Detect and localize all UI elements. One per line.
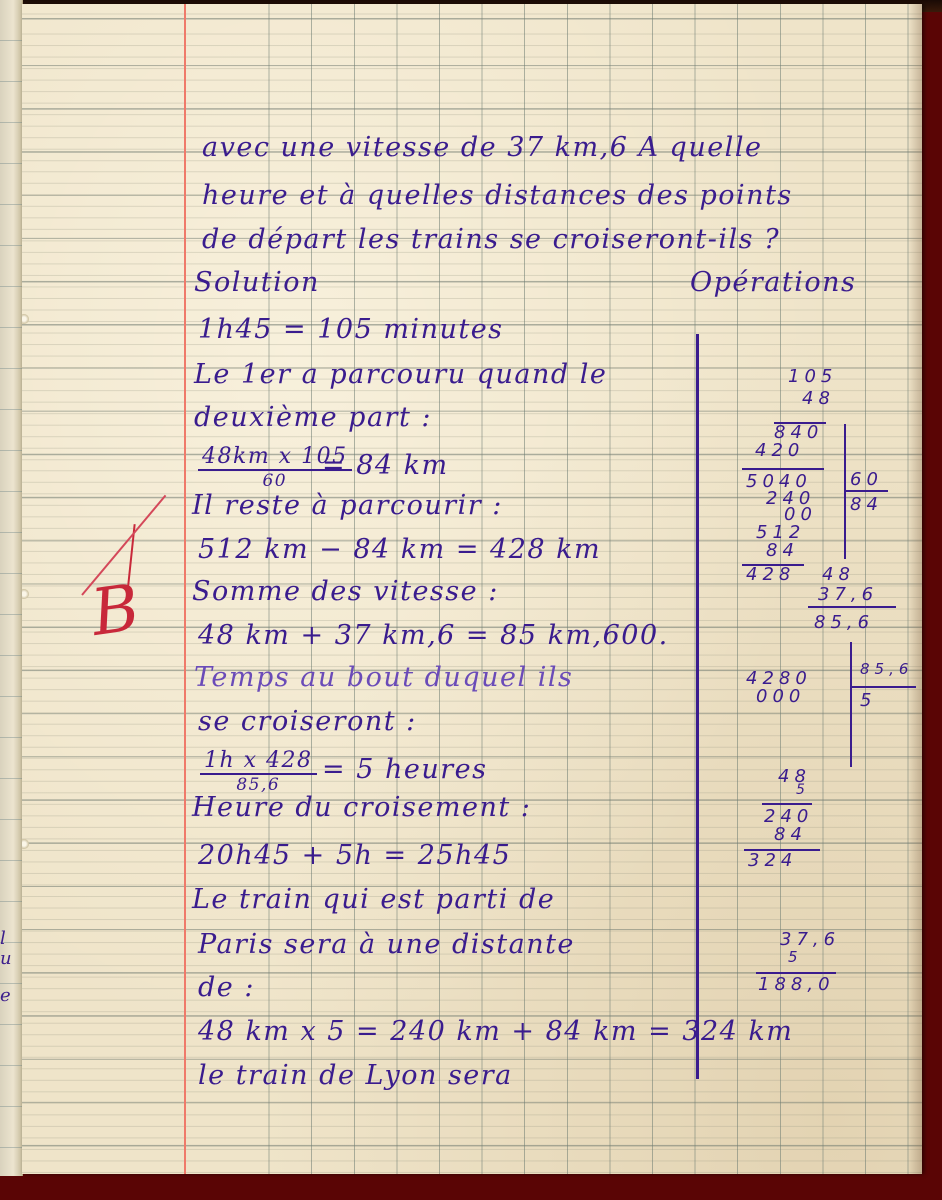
notebook-page: B avec une vitesse de 37 km,6 A quelle h… <box>22 4 922 1174</box>
op-mult1-p2: 420 <box>755 440 804 461</box>
solution-line: 48 km x 5 = 240 km + 84 km = 324 km <box>198 1016 793 1047</box>
op-sub1-result: 428 <box>746 564 795 585</box>
solution-line: Le 1er a parcouru quand le <box>194 359 607 390</box>
division-bracket <box>850 642 852 767</box>
op-mult2-b: 5 <box>796 782 810 798</box>
op-div2-quotient: 5 <box>860 690 876 711</box>
op-rule <box>808 606 896 608</box>
op-rule <box>742 468 824 470</box>
problem-line-3: de départ les trains se croiseront-ils ? <box>202 224 780 255</box>
grade-mark: B <box>87 571 144 651</box>
solution-line: 20h45 + 5h = 25h45 <box>198 840 511 871</box>
op-add1-a: 48 <box>822 564 855 585</box>
op-sub1-b: 84 <box>766 540 799 561</box>
solution-line: 512 km − 84 km = 428 km <box>198 534 601 565</box>
previous-page-fragment: l <box>0 928 6 949</box>
op-div2-remainder: 000 <box>756 686 805 707</box>
op-add1-result: 85,6 <box>814 612 874 633</box>
op-rule <box>850 686 916 688</box>
op-mult1-a: 105 <box>788 366 837 387</box>
op-rule <box>762 803 812 805</box>
solution-heading: Solution <box>194 267 320 298</box>
solution-line: Somme des vitesse : <box>192 576 499 607</box>
red-margin-line <box>184 4 186 1174</box>
op-div1-divisor: 60 <box>850 469 883 490</box>
fraction-result: = 5 heures <box>322 754 487 785</box>
op-div2-divisor: 85,6 <box>860 660 913 678</box>
solution-line: 48 km + 37 km,6 = 85 km,600. <box>198 620 669 651</box>
problem-line-2: heure et à quelles distances des points <box>202 180 793 211</box>
solution-line: Heure du croisement : <box>192 792 531 823</box>
op-mult1-b: 48 <box>802 388 835 409</box>
operations-column-divider <box>696 334 699 1079</box>
op-add2-a: 84 <box>774 824 807 845</box>
solution-line: le train de Lyon sera <box>198 1060 513 1091</box>
op-mult3-b: 5 <box>788 948 803 966</box>
previous-page-fragment: u <box>0 948 12 969</box>
solution-line: Le train qui est parti de <box>192 884 555 915</box>
previous-page-edge: l u e <box>0 0 23 1176</box>
solution-line: se croiseront : <box>198 706 417 737</box>
fraction-numerator: 1h x 428 <box>200 748 317 775</box>
operations-heading: Opérations <box>690 267 856 298</box>
op-add1-b: 37,6 <box>818 584 878 605</box>
op-mult3-result: 188,0 <box>758 974 835 995</box>
solution-line: de : <box>198 972 255 1003</box>
solution-line: Temps au bout duquel ils <box>194 662 573 693</box>
solution-line: 1h45 = 105 minutes <box>198 314 504 345</box>
fraction-result: = 84 km <box>322 450 449 481</box>
op-add2-result: 324 <box>748 850 797 871</box>
op-mult3-a: 37,6 <box>780 929 840 950</box>
problem-line-1: avec une vitesse de 37 km,6 A quelle <box>202 132 762 163</box>
fraction-time: 1h x 428 85,6 <box>200 748 317 795</box>
solution-line: Paris sera à une distante <box>198 929 575 960</box>
op-div1-quotient: 84 <box>850 494 883 515</box>
previous-page-fragment: e <box>0 985 11 1006</box>
solution-line: deuxième part : <box>194 402 432 433</box>
solution-line: Il reste à parcourir : <box>192 490 503 521</box>
op-rule <box>844 490 888 492</box>
